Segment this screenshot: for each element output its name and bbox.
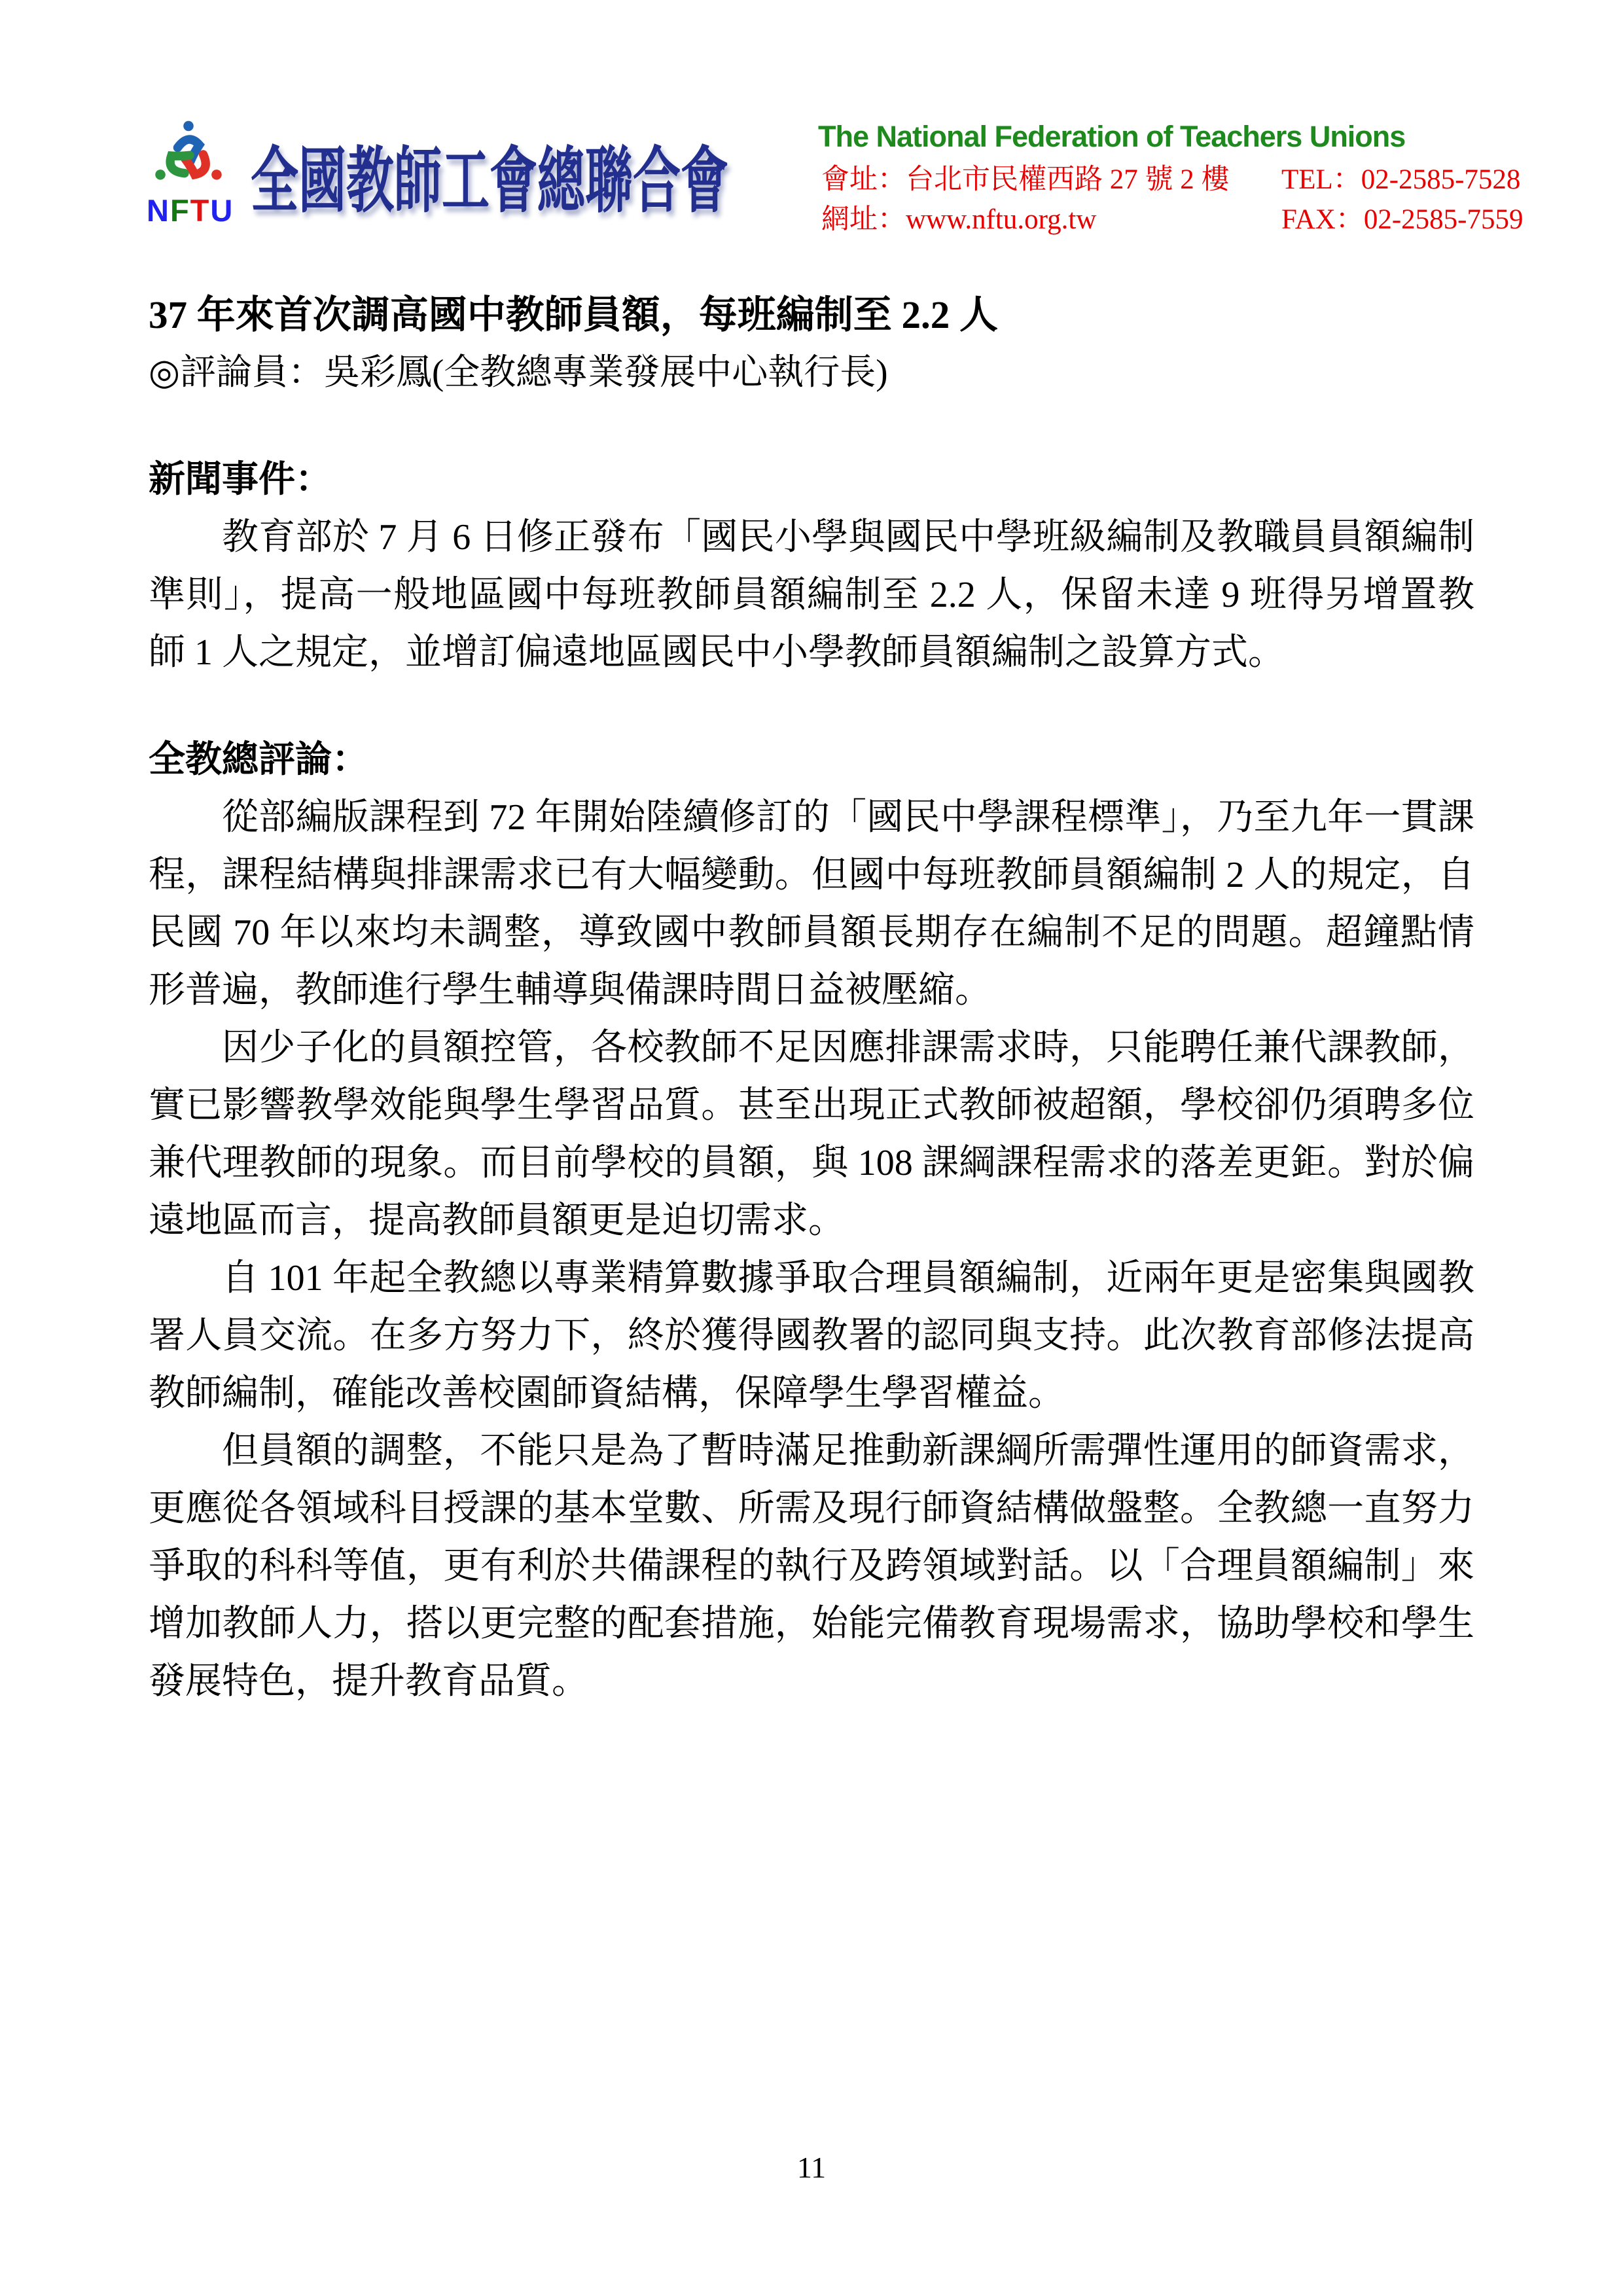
document-page: NFTU 全國教師工會總聯合會 The National Federation … bbox=[0, 0, 1623, 2296]
comment-paragraph-3: 自 101 年起全教總以專業精算數據爭取合理員額編制，近兩年更是密集與國教署人員… bbox=[149, 1249, 1474, 1422]
nftu-letter-f: F bbox=[170, 193, 190, 228]
article-title: 37 年來首次調高國中教師員額，每班編制至 2.2 人 bbox=[149, 286, 1474, 344]
contact-tel: TEL：02-2585-7528 bbox=[1281, 157, 1520, 197]
nftu-letter-t: T bbox=[190, 193, 211, 228]
nftu-logo-icon bbox=[145, 117, 232, 198]
article-byline: ◎評論員：吳彩鳳(全教總專業發展中心執行長) bbox=[149, 344, 1474, 401]
nftu-acronym: NFTU bbox=[147, 195, 234, 226]
comment-paragraph-2: 因少子化的員額控管，各校教師不足因應排課需求時，只能聘任兼代課教師，實已影響教學… bbox=[149, 1019, 1474, 1249]
news-event-paragraph: 教育部於 7 月 6 日修正發布「國民小學與國民中學班級編制及教職員員額編制準則… bbox=[149, 509, 1474, 681]
page-number: 11 bbox=[0, 2150, 1623, 2185]
article-body: 37 年來首次調高國中教師員額，每班編制至 2.2 人 ◎評論員：吳彩鳳(全教總… bbox=[149, 286, 1474, 1710]
contact-fax: FAX：02-2585-7559 bbox=[1281, 197, 1523, 237]
contact-website: 網址：www.nftu.org.tw bbox=[821, 197, 1096, 237]
section-heading-nftu-comment: 全教總評論： bbox=[149, 731, 1474, 789]
section-heading-news-event: 新聞事件： bbox=[149, 451, 1474, 509]
org-name-chinese: 全國教師工會總聯合會 bbox=[251, 123, 728, 226]
comment-paragraph-4: 但員額的調整，不能只是為了暫時滿足推動新課綱所需彈性運用的師資需求，更應從各領域… bbox=[149, 1422, 1474, 1710]
contact-address: 會址：台北市民權西路 27 號 2 樓 bbox=[821, 157, 1230, 197]
nftu-letter-n: N bbox=[147, 193, 170, 228]
nftu-letter-u: U bbox=[210, 193, 234, 228]
comment-paragraph-1: 從部編版課程到 72 年開始陸續修訂的「國民中學課程標準」，乃至九年一貫課程，課… bbox=[149, 789, 1474, 1019]
org-name-english: The National Federation of Teachers Unio… bbox=[818, 120, 1405, 154]
